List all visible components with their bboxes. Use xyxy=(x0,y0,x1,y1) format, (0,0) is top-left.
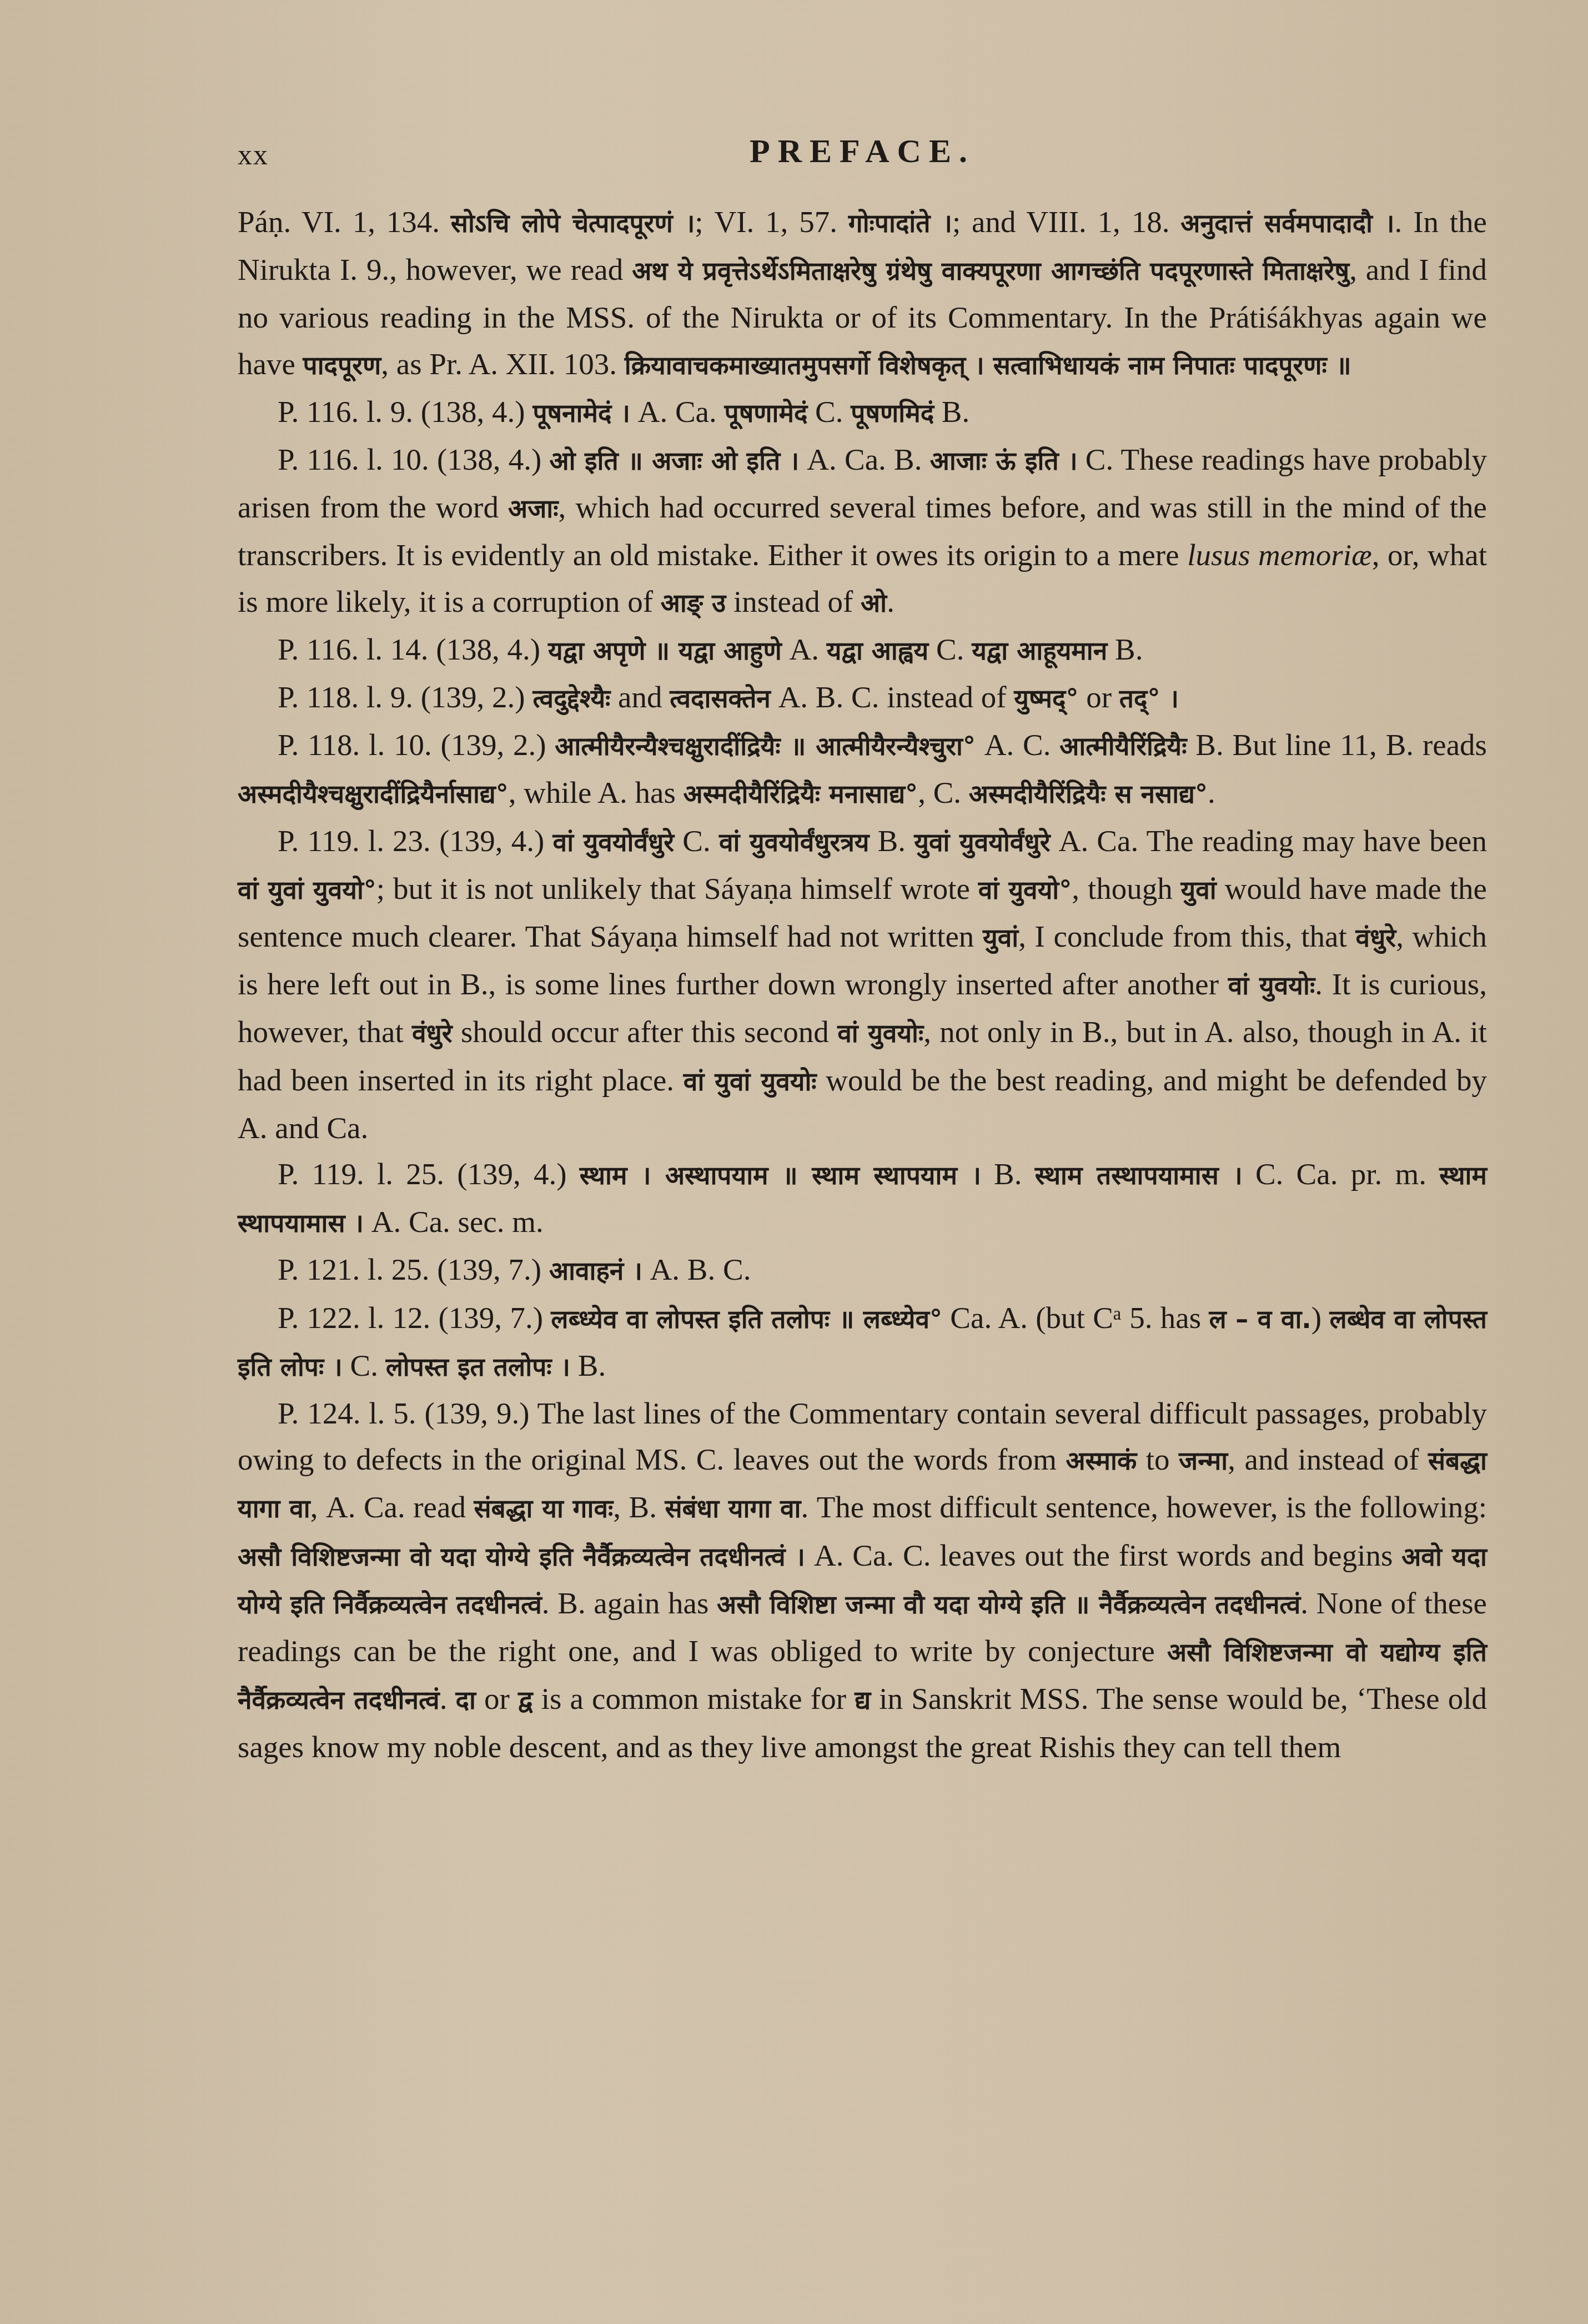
body-text: Páṇ. VI. 1, 134. सोऽचि लोपे चेत्पादपूरणं… xyxy=(238,199,1487,1770)
sanskrit-text: यद्वा आह्वय xyxy=(827,636,928,666)
paragraph: P. 119. l. 25. (139, 4.) स्थाम । अस्थापय… xyxy=(238,1151,1487,1246)
sanskrit-text: यद्वा आहूयमान xyxy=(972,636,1107,666)
sanskrit-text: वंधुरे xyxy=(1355,923,1396,953)
sanskrit-text: अस्माकं xyxy=(1066,1446,1137,1476)
paragraph: P. 116. l. 14. (138, 4.) यद्वा अपृणे ॥ य… xyxy=(238,626,1487,674)
sanskrit-text: द्य xyxy=(855,1685,871,1715)
text-run: . xyxy=(887,585,894,618)
paragraph: P. 118. l. 9. (139, 2.) त्वदुद्देश्यैः a… xyxy=(238,674,1487,722)
sanskrit-text: वां युवयोः xyxy=(1228,970,1315,1000)
text-run: P. 119. l. 25. (139, 4.) xyxy=(278,1157,580,1191)
sanskrit-text: अथ ये प्रवृत्तेऽर्थेऽमिताक्षरेषु ग्रंथेष… xyxy=(632,256,1349,286)
sanskrit-text: त्वदुद्देश्यैः xyxy=(532,683,610,713)
text-run: ) xyxy=(1311,1301,1330,1335)
sanskrit-text: वां युवयो° xyxy=(978,875,1072,905)
text-run: Ca. A. (but Cᵃ 5. has xyxy=(942,1301,1209,1335)
sanskrit-text: असौ विशिष्टा जन्मा वौ यदा योग्ये इति ॥ न… xyxy=(717,1589,1300,1619)
running-head: xx PREFACE. xyxy=(238,132,1487,177)
text-run: , as Pr. A. XII. 103. xyxy=(381,347,624,381)
text-run: C. xyxy=(807,395,851,429)
text-run: . xyxy=(440,1682,456,1716)
paragraph: P. 118. l. 10. (139, 2.) आत्मीयैरन्यैश्च… xyxy=(238,722,1487,817)
text-run: and xyxy=(610,680,670,714)
sanskrit-text: द्व xyxy=(518,1685,532,1715)
text-run: ; VI. 1, 57. xyxy=(695,205,848,239)
sanskrit-text: अस्मदीयैरिंद्रियैः मनासाद्य° xyxy=(684,779,918,809)
text-run: C. xyxy=(674,824,719,858)
text-run: A. Ca. The reading may have been xyxy=(1051,824,1488,858)
text-run: B. xyxy=(934,395,969,429)
sanskrit-text: युवां xyxy=(983,923,1018,953)
paragraph: P. 122. l. 12. (139, 7.) लब्ध्येव वा लोप… xyxy=(238,1295,1487,1390)
text-run: B. xyxy=(981,1157,1035,1191)
sanskrit-text: वां युवयोर्वंधुरत्रय xyxy=(719,827,870,857)
paragraph: Páṇ. VI. 1, 134. सोऽचि लोपे चेत्पादपूरणं… xyxy=(238,199,1487,389)
text-run: instead of xyxy=(726,585,861,618)
sanskrit-text: ल – व वा. xyxy=(1209,1304,1311,1334)
sanskrit-text: लब्ध्येव वा लोपस्त इति तलोपः ॥ लब्ध्येव° xyxy=(551,1304,942,1334)
sanskrit-text: क्रियावाचकमाख्यातमुपसर्गो विशेषकृत् । सत… xyxy=(625,350,1351,380)
sanskrit-text: पूषणमिदं xyxy=(851,398,934,428)
sanskrit-text: वंधुरे xyxy=(412,1018,453,1048)
paragraph: P. 116. l. 10. (138, 4.) ओ इति ॥ अजाः ओ … xyxy=(238,436,1487,626)
sanskrit-text: दा xyxy=(456,1685,476,1715)
text-run: , I conclude from this, that xyxy=(1018,919,1355,953)
running-title: PREFACE. xyxy=(238,132,1487,170)
sanskrit-text: तद्° । xyxy=(1119,683,1179,713)
sanskrit-text: युष्मद्° xyxy=(1014,683,1078,713)
sanskrit-text: आजाः ऊं इति । xyxy=(930,446,1078,476)
paragraph: P. 121. l. 25. (139, 7.) आवाहनं । A. B. … xyxy=(238,1246,1487,1294)
text-run: C. xyxy=(928,632,972,666)
text-run: should occur after this second xyxy=(453,1015,837,1049)
italic-phrase: lusus memoriæ xyxy=(1187,538,1371,572)
sanskrit-text: आत्मीयैरन्यैश्चक्षुरादींद्रियैः ॥ आत्मीय… xyxy=(555,731,976,761)
text-run: ; but it is not unlikely that Sáyaṇa him… xyxy=(376,872,978,906)
sanskrit-text: आवाहनं । xyxy=(549,1256,642,1286)
sanskrit-text: पादपूरण xyxy=(303,350,381,380)
text-run: ; and VIII. 1, 18. xyxy=(952,205,1180,239)
sanskrit-text: लोपस्त इत तलोपः । xyxy=(386,1352,570,1382)
sanskrit-text: ओ xyxy=(861,588,887,618)
text-run: , while A. has xyxy=(509,776,684,809)
sanskrit-text: पूषनामेदं । xyxy=(532,398,630,428)
text-run: C. Ca. pr. m. xyxy=(1243,1157,1439,1191)
text-run: P. 121. l. 25. (139, 7.) xyxy=(278,1252,549,1286)
sanskrit-text: युवां युवयोर्वंधुरे xyxy=(914,827,1050,857)
text-run: P. 119. l. 23. (139, 4.) xyxy=(278,824,553,858)
sanskrit-text: सोऽचि लोपे चेत्पादपूरणं । xyxy=(451,208,695,238)
sanskrit-text: वां युवयोः xyxy=(837,1018,923,1048)
text-run: P. 116. l. 14. (138, 4.) xyxy=(278,632,548,666)
sanskrit-text: वां युवयोर्वंधुरे xyxy=(553,827,675,857)
sanskrit-text: अस्मदीयैश्चक्षुरादींद्रियैर्नासाद्य° xyxy=(238,779,509,809)
paragraph: P. 124. l. 5. (139, 9.) The last lines o… xyxy=(238,1390,1487,1770)
sanskrit-text: पूषणामेदं xyxy=(725,398,808,428)
text-run: A. Ca. sec. m. xyxy=(364,1205,544,1239)
sanskrit-text: अस्मदीयैरिंद्रियैः स नसाद्य° xyxy=(969,779,1208,809)
text-run: , and instead of xyxy=(1228,1442,1428,1476)
text-run: . B. again has xyxy=(542,1586,717,1620)
text-run: A. xyxy=(782,632,827,666)
sanskrit-text: यद्वा अपृणे ॥ यद्वा आहुणे xyxy=(548,636,782,666)
sanskrit-text: असौ विशिष्टजन्मा वो यदा योग्ये इति नैर्व… xyxy=(238,1542,805,1572)
sanskrit-text: संबंधा यागा वा xyxy=(665,1493,801,1523)
text-run: P. 116. l. 10. (138, 4.) xyxy=(278,442,549,476)
text-run: A. C. xyxy=(976,728,1059,762)
text-run: , A. Ca. read xyxy=(310,1490,474,1524)
sanskrit-text: अजाः xyxy=(508,494,558,524)
text-run: or xyxy=(476,1682,518,1716)
sanskrit-text: वां युवां युवयो° xyxy=(238,875,376,905)
text-run: C. xyxy=(343,1349,386,1382)
text-run: P. 118. l. 10. (139, 2.) xyxy=(278,728,555,762)
text-run: B. xyxy=(869,824,914,858)
text-run: P. 116. l. 9. (138, 4.) xyxy=(278,395,532,429)
text-run: . xyxy=(1208,776,1215,809)
sanskrit-text: जन्मा xyxy=(1179,1446,1228,1476)
text-run: P. 118. l. 9. (139, 2.) xyxy=(278,680,532,714)
text-run: is a common mistake for xyxy=(533,1682,855,1716)
sanskrit-text: अनुदात्तं सर्वमपादादौ । xyxy=(1180,208,1394,238)
text-run: A. Ca. xyxy=(630,395,725,429)
text-run: A. B. C. xyxy=(642,1252,751,1286)
text-run: B. But line 11, B. reads xyxy=(1187,728,1487,762)
text-run: P. 122. l. 12. (139, 7.) xyxy=(278,1301,551,1335)
sanskrit-text: युवां xyxy=(1181,875,1217,905)
sanskrit-text: संबद्धा या गावः xyxy=(474,1493,613,1523)
text-run: . The most difficult sentence, however, … xyxy=(801,1490,1487,1524)
sanskrit-text: त्वदासक्तेन xyxy=(670,683,771,713)
text-run: A. Ca. C. leaves out the first words and… xyxy=(805,1538,1401,1572)
text-run: B. xyxy=(570,1349,606,1382)
sanskrit-text: स्थाम । अस्थापयाम ॥ स्थाम स्थापयाम । xyxy=(580,1160,981,1190)
sanskrit-text: स्थाम तस्थापयामास । xyxy=(1035,1160,1243,1190)
text-run: , though xyxy=(1072,872,1180,906)
text-run: A. Ca. B. xyxy=(799,442,929,476)
text-run: B. xyxy=(1107,632,1143,666)
paragraph: P. 116. l. 9. (138, 4.) पूषनामेदं । A. C… xyxy=(238,389,1487,436)
sanskrit-text: आङ् उ xyxy=(661,588,726,618)
sanskrit-text: ओ इति ॥ अजाः ओ इति । xyxy=(549,446,799,476)
paragraph: P. 119. l. 23. (139, 4.) वां युवयोर्वंधु… xyxy=(238,818,1487,1151)
text-run: Páṇ. VI. 1, 134. xyxy=(238,205,451,239)
text-run: or xyxy=(1079,680,1119,714)
text-run: , B. xyxy=(613,1490,665,1524)
sanskrit-text: आत्मीयैरिंद्रियैः xyxy=(1059,731,1187,761)
text-run: , C. xyxy=(918,776,969,809)
sanskrit-text: वां युवां युवयोः xyxy=(684,1067,817,1096)
text-run: A. B. C. instead of xyxy=(771,680,1014,714)
sanskrit-text: गोःपादांते । xyxy=(848,208,952,238)
text-run: to xyxy=(1137,1442,1179,1476)
